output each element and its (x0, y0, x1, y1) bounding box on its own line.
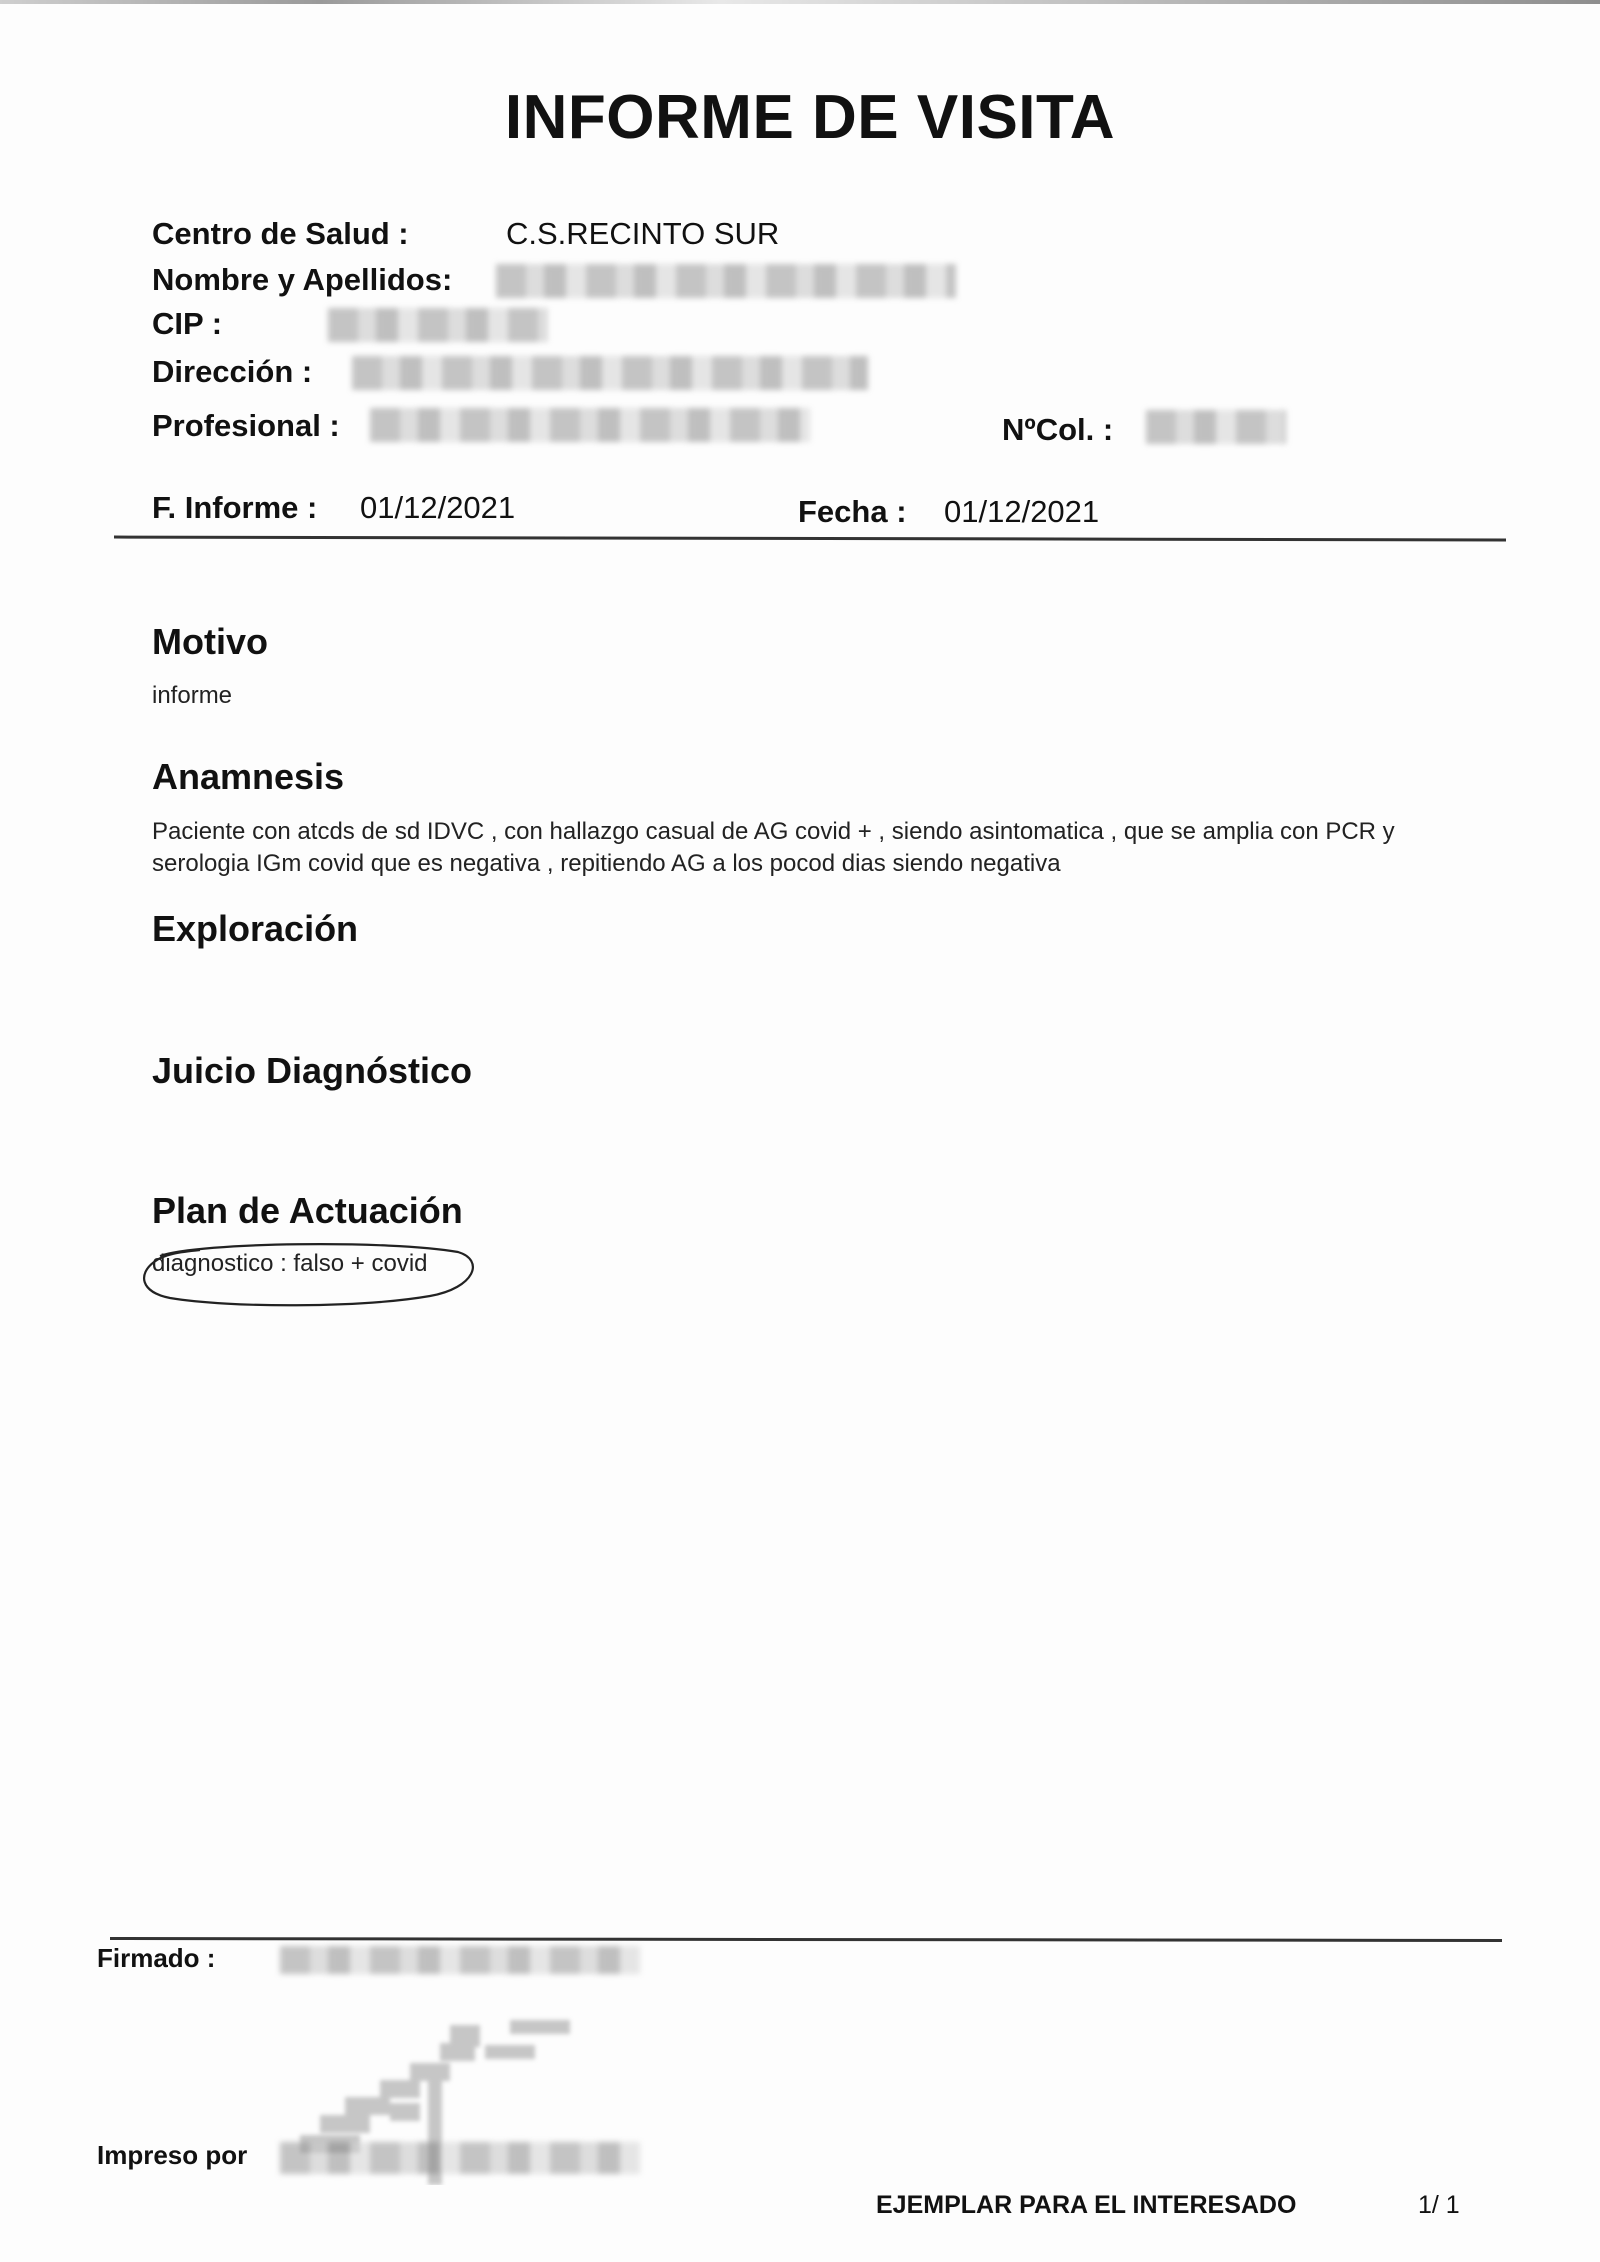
document-title: INFORME DE VISITA (0, 82, 1600, 153)
fecha-value: 01/12/2021 (944, 494, 1099, 530)
handwritten-ellipse-annotation (140, 1238, 480, 1308)
nombre-redacted (496, 264, 956, 298)
copy-label: EJEMPLAR PARA EL INTERESADO (876, 2191, 1296, 2220)
page-number: 1/ 1 (1418, 2191, 1460, 2220)
impreso-label: Impreso por (97, 2140, 247, 2171)
section-motivo-text: informe (152, 680, 232, 712)
section-anamnesis-text: Paciente con atcds de sd IDVC , con hall… (152, 816, 1422, 880)
finforme-label: F. Informe : (152, 490, 317, 526)
section-exploracion-heading: Exploración (152, 908, 358, 950)
header-divider (114, 536, 1506, 542)
direccion-label: Dirección : (152, 354, 312, 390)
section-anamnesis-heading: Anamnesis (152, 756, 344, 798)
profesional-label: Profesional : (152, 408, 340, 444)
cip-redacted (328, 308, 548, 342)
ncol-label: NºCol. : (1002, 412, 1113, 448)
section-motivo-heading: Motivo (152, 621, 268, 663)
finforme-value: 01/12/2021 (360, 490, 515, 526)
footer-divider (110, 1937, 1502, 1942)
nombre-label: Nombre y Apellidos: (152, 262, 452, 298)
scan-top-edge (0, 0, 1600, 4)
centro-value: C.S.RECINTO SUR (506, 216, 779, 252)
impreso-redacted (280, 2142, 640, 2174)
centro-label: Centro de Salud : (152, 216, 409, 252)
direccion-redacted (352, 356, 868, 390)
section-plan-heading: Plan de Actuación (152, 1190, 463, 1232)
ncol-redacted (1146, 410, 1286, 444)
fecha-label: Fecha : (798, 494, 907, 530)
firmado-label: Firmado : (97, 1943, 215, 1974)
cip-label: CIP : (152, 306, 222, 342)
firmado-redacted (280, 1946, 640, 1974)
section-juicio-heading: Juicio Diagnóstico (152, 1050, 472, 1092)
profesional-redacted (370, 408, 810, 442)
